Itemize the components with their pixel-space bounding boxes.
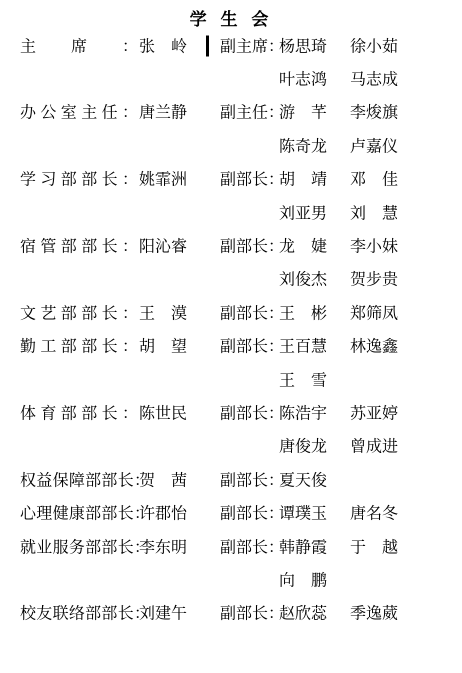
position-label: 就业服务部部长： xyxy=(20,537,150,556)
position-label: 文艺部部长： xyxy=(20,303,138,322)
deputy-name-2: 李小妹 xyxy=(350,236,398,255)
deputy-name-1: 叶志鸿 xyxy=(279,69,327,88)
deputy-position-label: 副部长： xyxy=(220,303,284,322)
deputy-name-2: 林逸鑫 xyxy=(350,337,398,356)
deputy-position-label: 副部长： xyxy=(220,537,284,556)
principal-name: 唐兰静 xyxy=(139,103,187,122)
roster-line: 王 雪 xyxy=(0,363,462,396)
deputy-position-label: 副部长： xyxy=(220,236,284,255)
deputy-name-1: 刘亚男 xyxy=(279,203,327,222)
position-label: 勤工部部长： xyxy=(20,337,138,356)
principal-name: 陈世民 xyxy=(139,403,187,422)
deputy-name-1: 刘俊杰 xyxy=(279,270,327,289)
deputy-name-2: 曾成进 xyxy=(350,437,398,456)
roster-line: 文艺部部长： 王 漠 副部长： 王 彬 郑筛凤 xyxy=(0,296,462,329)
deputy-name-1: 陈奇龙 xyxy=(279,136,327,155)
deputy-name-2: 唐名冬 xyxy=(350,504,398,523)
position-label: 权益保障部部长： xyxy=(20,470,150,489)
roster-line: 学习部部长： 姚霏洲 副部长： 胡 靖 邓 佳 xyxy=(0,163,462,196)
roster-line: 勤工部部长： 胡 望 副部长： 王百慧 林逸鑫 xyxy=(0,330,462,363)
deputy-position-label: 副部长： xyxy=(220,470,284,489)
roster-line: 刘亚男 刘 慧 xyxy=(0,196,462,229)
deputy-name-2: 苏亚婷 xyxy=(350,403,398,422)
deputy-name-2: 马志成 xyxy=(350,69,398,88)
deputy-name-1: 韩静霞 xyxy=(279,537,327,556)
roster-line: 办公室主任： 唐兰静 副主任： 游 芊 李焌旗 xyxy=(0,96,462,129)
roster-line: 就业服务部部长： 李东明 副部长： 韩静霞 于 越 xyxy=(0,530,462,563)
deputy-name-1: 谭璞玉 xyxy=(279,504,327,523)
page-title: 学 生 会 xyxy=(0,5,462,30)
deputy-name-1: 王 彬 xyxy=(279,303,327,322)
deputy-name-2: 卢嘉仪 xyxy=(350,136,398,155)
roster-line: 体育部部长： 陈世民 副部长： 陈浩宇 苏亚婷 xyxy=(0,396,462,429)
principal-name: 刘建午 xyxy=(139,604,187,623)
roster-line: 主席： 张 岭 副主席： 杨思琦 徐小茹 xyxy=(0,29,462,62)
deputy-name-1: 杨思琦 xyxy=(279,36,327,55)
position-label: 宿管部部长： xyxy=(20,236,138,255)
deputy-name-1: 龙 婕 xyxy=(279,236,327,255)
deputy-name-1: 胡 靖 xyxy=(279,170,327,189)
position-label: 校友联络部部长： xyxy=(20,604,150,623)
deputy-name-2: 贺步贵 xyxy=(350,270,398,289)
deputy-position-label: 副主任： xyxy=(220,103,284,122)
roster-line: 心理健康部部长： 许郡怡 副部长： 谭璞玉 唐名冬 xyxy=(0,496,462,529)
roster-line: 叶志鸿 马志成 xyxy=(0,62,462,95)
principal-name: 姚霏洲 xyxy=(139,170,187,189)
deputy-position-label: 副主席： xyxy=(220,36,284,55)
deputy-position-label: 副部长： xyxy=(220,504,284,523)
position-label: 体育部部长： xyxy=(20,403,138,422)
deputy-name-2: 季逸葳 xyxy=(350,604,398,623)
deputy-name-1: 赵欣蕊 xyxy=(279,604,327,623)
deputy-position-label: 副部长： xyxy=(220,604,284,623)
roster-line: 向 鹏 xyxy=(0,563,462,596)
text-caret xyxy=(206,35,209,56)
position-label: 心理健康部部长： xyxy=(20,504,150,523)
deputy-name-1: 向 鹏 xyxy=(279,570,327,589)
roster-line: 唐俊龙 曾成进 xyxy=(0,430,462,463)
deputy-position-label: 副部长： xyxy=(220,403,284,422)
position-label: 学习部部长： xyxy=(20,170,138,189)
deputy-name-1: 夏天俊 xyxy=(279,470,327,489)
deputy-position-label: 副部长： xyxy=(220,170,284,189)
principal-name: 李东明 xyxy=(139,537,187,556)
document-body[interactable]: 主席： 张 岭 副主席： 杨思琦 徐小茹 叶志鸿 马志成 办公室主任： 唐兰静 … xyxy=(0,29,462,630)
roster-line: 宿管部部长： 阳沁睿 副部长： 龙 婕 李小妹 xyxy=(0,229,462,262)
roster-line: 刘俊杰 贺步贵 xyxy=(0,263,462,296)
deputy-name-2: 李焌旗 xyxy=(350,103,398,122)
deputy-position-label: 副部长： xyxy=(220,337,284,356)
position-label: 主席： xyxy=(20,36,138,55)
principal-name: 张 岭 xyxy=(139,36,187,55)
principal-name: 胡 望 xyxy=(139,337,187,356)
deputy-name-2: 郑筛凤 xyxy=(350,303,398,322)
deputy-name-1: 王百慧 xyxy=(279,337,327,356)
deputy-name-2: 徐小茹 xyxy=(350,36,398,55)
position-label: 办公室主任： xyxy=(20,103,138,122)
deputy-name-1: 游 芊 xyxy=(279,103,327,122)
principal-name: 王 漠 xyxy=(139,303,187,322)
principal-name: 许郡怡 xyxy=(139,504,187,523)
roster-line: 陈奇龙 卢嘉仪 xyxy=(0,129,462,162)
roster-line: 权益保障部部长： 贺 茜 副部长： 夏天俊 xyxy=(0,463,462,496)
roster-line: 校友联络部部长： 刘建午 副部长： 赵欣蕊 季逸葳 xyxy=(0,597,462,630)
deputy-name-2: 于 越 xyxy=(350,537,398,556)
principal-name: 贺 茜 xyxy=(139,470,187,489)
principal-name: 阳沁睿 xyxy=(139,236,187,255)
deputy-name-1: 唐俊龙 xyxy=(279,437,327,456)
deputy-name-1: 陈浩宇 xyxy=(279,403,327,422)
deputy-name-2: 邓 佳 xyxy=(350,170,398,189)
deputy-name-1: 王 雪 xyxy=(279,370,327,389)
deputy-name-2: 刘 慧 xyxy=(350,203,398,222)
